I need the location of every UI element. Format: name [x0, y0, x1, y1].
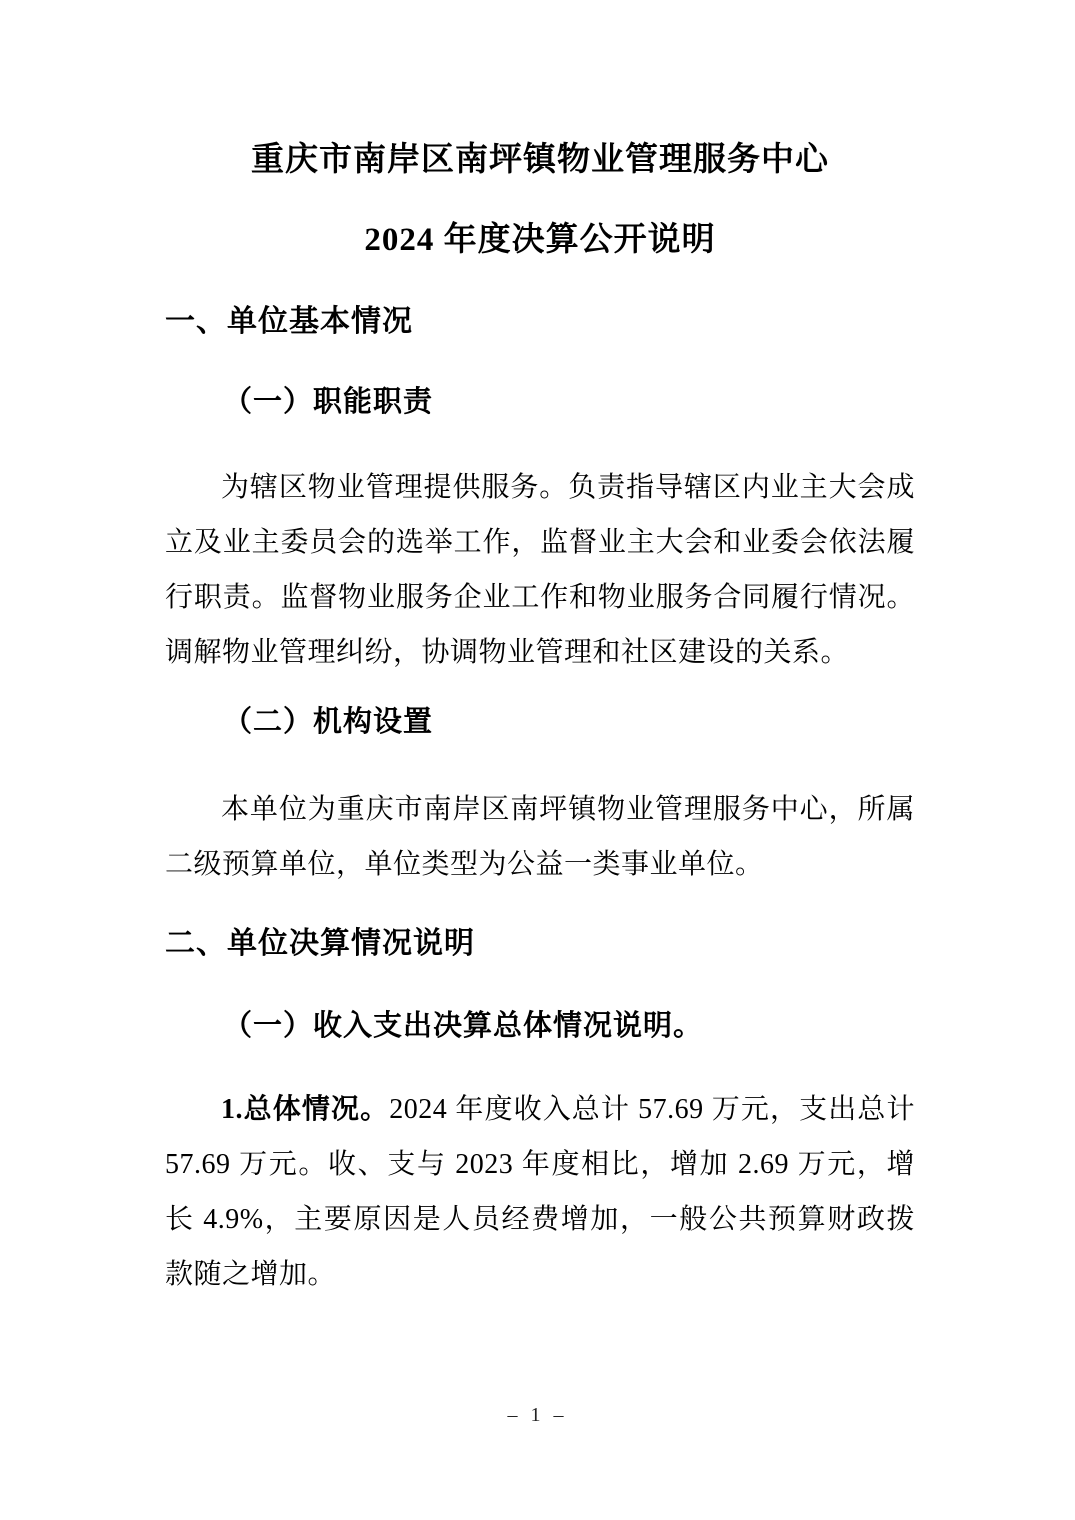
paragraph-functions: 为辖区物业管理提供服务。负责指导辖区内业主大会成立及业主委员会的选举工作，监督业…: [165, 460, 915, 680]
paragraph-organization: 本单位为重庆市南岸区南坪镇物业管理服务中心，所属二级预算单位，单位类型为公益一类…: [165, 782, 915, 892]
document-content: 重庆市南岸区南坪镇物业管理服务中心 2024 年度决算公开说明 一、单位基本情况…: [0, 0, 1075, 1302]
subsection-heading-organization: （二）机构设置: [165, 700, 915, 744]
subsection-heading-functions: （一）职能职责: [165, 380, 915, 424]
document-title-line2: 2024 年度决算公开说明: [165, 220, 915, 260]
subsection-heading-income-expenditure: （一）收入支出决算总体情况说明。: [165, 1004, 915, 1048]
document-title-line1: 重庆市南岸区南坪镇物业管理服务中心: [165, 140, 915, 180]
document-page: 重庆市南岸区南坪镇物业管理服务中心 2024 年度决算公开说明 一、单位基本情况…: [0, 0, 1075, 1520]
paragraph-overview: 1.总体情况。2024 年度收入总计 57.69 万元，支出总计 57.69 万…: [165, 1082, 915, 1302]
section-heading-final-accounts: 二、单位决算情况说明: [165, 922, 915, 966]
paragraph-overview-lead: 1.总体情况。: [221, 1094, 389, 1125]
section-heading-basic-info: 一、单位基本情况: [165, 300, 915, 344]
page-number: – 1 –: [0, 1402, 1075, 1428]
